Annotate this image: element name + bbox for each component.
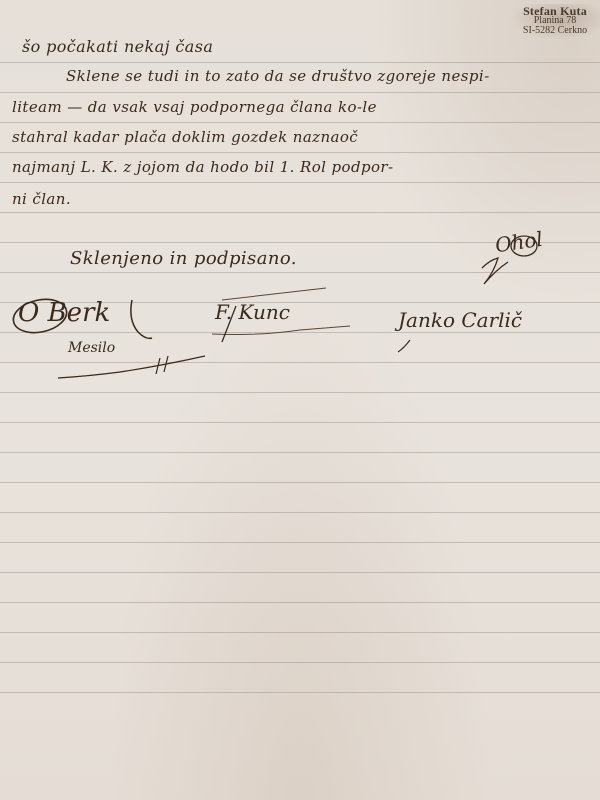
ruled-line (0, 602, 600, 603)
ruled-line (0, 542, 600, 543)
owner-stamp: Stefan Kuta Planina 78 SI-5282 Cerkno (510, 4, 600, 40)
ruled-line (0, 392, 600, 393)
ohol-tail-icon (482, 258, 508, 284)
ruled-line (0, 692, 600, 693)
ruled-line (0, 152, 600, 153)
ruled-line (0, 452, 600, 453)
kunc-top-stroke-icon (222, 288, 326, 300)
janko-tail-icon (398, 340, 410, 352)
ruled-line (0, 332, 600, 333)
body-line-2: Sklene se tudi in to zato da se društvo … (66, 67, 490, 85)
mesko-underline-icon (58, 356, 205, 378)
stamp-city: SI-5282 Cerkno (510, 26, 600, 36)
signature-mesko: Mesilo (68, 340, 115, 356)
ruled-line (0, 512, 600, 513)
ruled-line (0, 662, 600, 663)
kunc-underline-icon (212, 326, 350, 335)
body-line-5: najmanj L. K. z jojom da hodo bil 1. Rol… (12, 158, 393, 176)
ruled-line (0, 62, 600, 63)
ruled-line (0, 212, 600, 213)
signature-flourishes (0, 0, 600, 800)
document-page: Stefan Kuta Planina 78 SI-5282 Cerkno šo… (0, 0, 600, 800)
closing-line: Sklenjeno in podpisano. (70, 248, 297, 269)
signature-kunc: F. Kunc (215, 300, 290, 324)
body-line-1: šo počakati nekaj časa (22, 37, 213, 56)
signature-janko: Janko Carlič (398, 308, 522, 332)
signature-berk: O Berk (18, 298, 110, 328)
ruled-line (0, 572, 600, 573)
mesko-hatch-icon (156, 356, 168, 374)
body-line-4: stahral kadar plača doklim gozdek naznao… (12, 128, 358, 146)
ruled-line (0, 272, 600, 273)
ruled-line (0, 122, 600, 123)
body-line-6: ni član. (12, 190, 71, 208)
ruled-line (0, 92, 600, 93)
ruled-line (0, 362, 600, 363)
body-line-3: liteam — da vsak vsaj podpornega člana k… (12, 98, 377, 116)
ruled-line (0, 182, 600, 183)
ruled-line (0, 422, 600, 423)
ruled-line (0, 482, 600, 483)
signature-ohol: Ohol (494, 227, 545, 257)
ruled-line (0, 632, 600, 633)
